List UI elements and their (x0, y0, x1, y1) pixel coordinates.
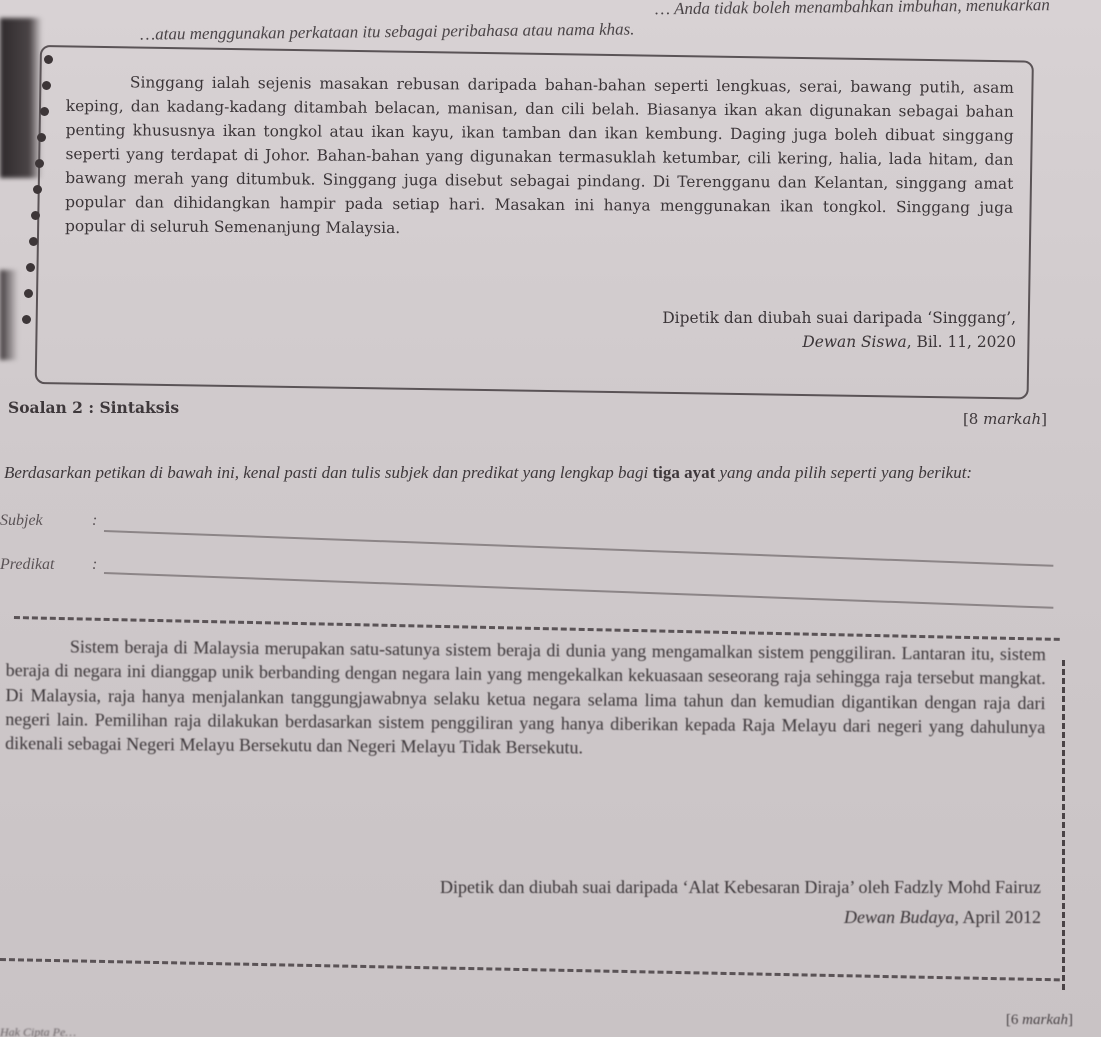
citation-source-line: Dewan Siswa, Bil. 11, 2020 (662, 330, 1016, 354)
passage2-marks: [6 markah] (1006, 1012, 1073, 1029)
worksheet-page: … Anda tidak boleh menambahkan imbuhan, … (0, 0, 1101, 1037)
subjek-row: Subjek: (0, 512, 97, 530)
citation-source: Dewan Siswa (802, 333, 906, 351)
predikat-label: Predikat (0, 556, 92, 574)
binding-dots (30, 55, 50, 325)
binding-dot-icon (24, 289, 33, 298)
passage2-frame-bottom (0, 958, 1060, 981)
page-shadow (0, 270, 18, 360)
citation-detail: , Bil. 11, 2020 (907, 333, 1016, 351)
binding-dot-icon (42, 81, 51, 90)
passage2-frame-right (1062, 660, 1065, 990)
question-instruction: Berdasarkan petikan di bawah ini, kenal … (4, 462, 1054, 484)
predikat-row: Predikat: (0, 556, 97, 574)
question-title: Soalan 2 : Sintaksis (8, 398, 179, 417)
binding-dot-icon (22, 315, 31, 324)
emphasis-text: tiga ayat (652, 463, 715, 482)
binding-dot-icon (40, 107, 49, 116)
binding-dot-icon (35, 159, 44, 168)
passage1: Singgang ialah sejenis masakan rebusan d… (65, 70, 1014, 244)
passage2-text: Sistem beraja di Malaysia merupakan satu… (5, 634, 1046, 764)
passage2-citation: Dipetik dan diubah suai daripada ‘Alat K… (440, 872, 1041, 932)
binding-dot-icon (37, 133, 46, 142)
binding-dot-icon (33, 185, 42, 194)
citation-source: Dewan Budaya (844, 907, 954, 927)
citation-line: Dipetik dan diubah suai daripada ‘Singga… (662, 306, 1016, 330)
citation-detail: , April 2012 (954, 907, 1041, 927)
citation-source-line: Dewan Budaya, April 2012 (440, 902, 1041, 932)
passage1-citation: Dipetik dan diubah suai daripada ‘Singga… (662, 306, 1016, 354)
citation-line: Dipetik dan diubah suai daripada ‘Alat K… (440, 872, 1041, 902)
passage1-text: Singgang ialah sejenis masakan rebusan d… (65, 70, 1014, 244)
binding-dot-icon (31, 211, 40, 220)
footer-text: Hak Cipta Pe… (0, 1025, 76, 1037)
question-marks: [8 markah] (963, 410, 1047, 428)
passage2: Sistem beraja di Malaysia merupakan satu… (5, 634, 1046, 764)
predikat-answer-line[interactable] (104, 572, 1053, 609)
top-instruction-line2: …atau menggunakan perkataan itu sebagai … (140, 15, 1050, 45)
subjek-answer-line[interactable] (104, 530, 1053, 567)
binding-dot-icon (44, 55, 53, 64)
binding-dot-icon (26, 263, 35, 272)
subjek-label: Subjek (0, 512, 92, 530)
top-instruction: … Anda tidak boleh menambahkan imbuhan, … (120, 0, 1050, 45)
binding-dot-icon (29, 237, 38, 246)
